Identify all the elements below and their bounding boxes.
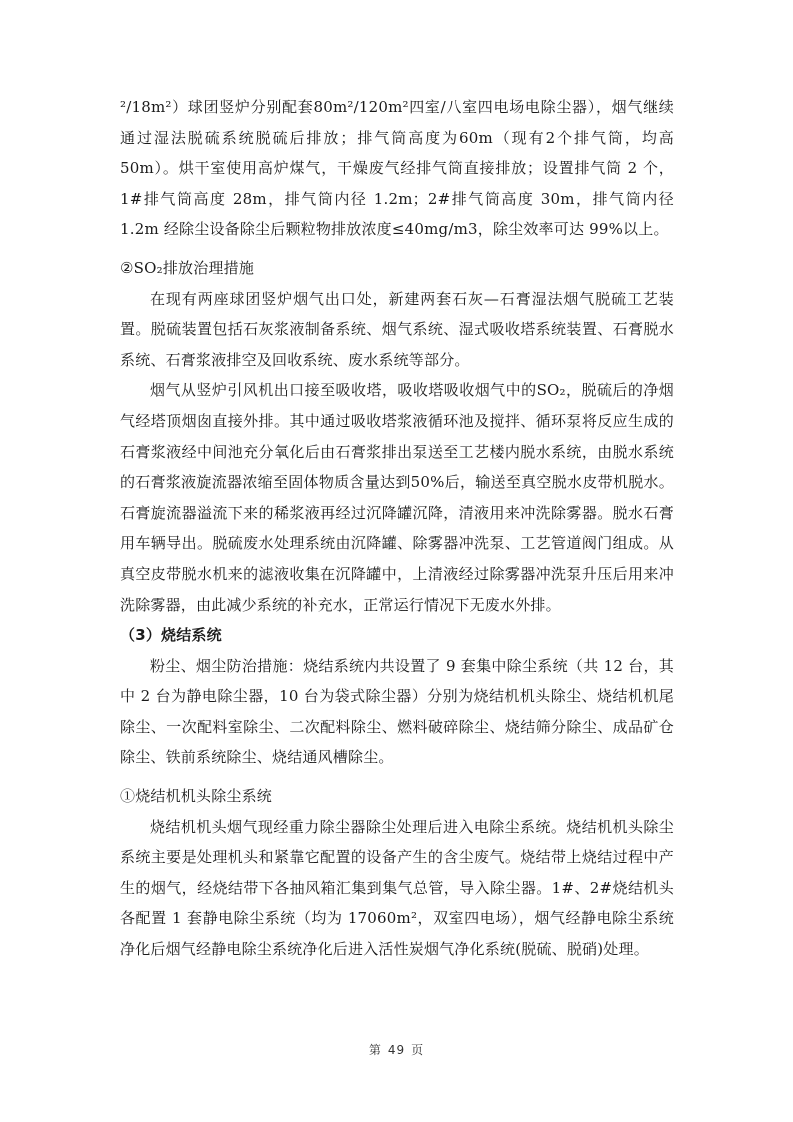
page-prefix: 第 <box>369 1043 382 1057</box>
section-heading-sintering-system: （3）烧结系统 <box>120 620 674 651</box>
paragraph-dust-control: 粉尘、烟尘防治措施：烧结系统内共设置了 9 套集中除尘系统（共 12 台，其中 … <box>120 651 674 773</box>
document-page: ²/18m²）球团竖炉分别配套80m²/120m²四室/八室四电场电除尘器），烟… <box>0 0 793 1122</box>
subheading-head-dust-removal: ①烧结机机头除尘系统 <box>120 781 674 812</box>
page-body: ²/18m²）球团竖炉分别配套80m²/120m²四室/八室四电场电除尘器），烟… <box>120 92 674 965</box>
page-footer: 第49页 <box>0 1041 793 1058</box>
page-suffix: 页 <box>411 1043 424 1057</box>
paragraph-desulfurization-unit: 在现有两座球团竖炉烟气出口处，新建两套石灰—石膏湿法烟气脱硫工艺装置。脱硫装置包… <box>120 284 674 376</box>
subheading-so2-measures: ②SO₂排放治理措施 <box>120 253 674 284</box>
paragraph-continuation: ²/18m²）球团竖炉分别配套80m²/120m²四室/八室四电场电除尘器），烟… <box>120 92 674 245</box>
paragraph-head-dust-system: 烧结机机头烟气现经重力除尘器除尘处理后进入电除尘系统。烧结机机头除尘系统主要是处… <box>120 812 674 965</box>
paragraph-flue-gas-process: 烟气从竖炉引风机出口接至吸收塔，吸收塔吸收烟气中的SO₂，脱硫后的净烟气经塔顶烟… <box>120 375 674 620</box>
page-number: 49 <box>388 1043 405 1057</box>
